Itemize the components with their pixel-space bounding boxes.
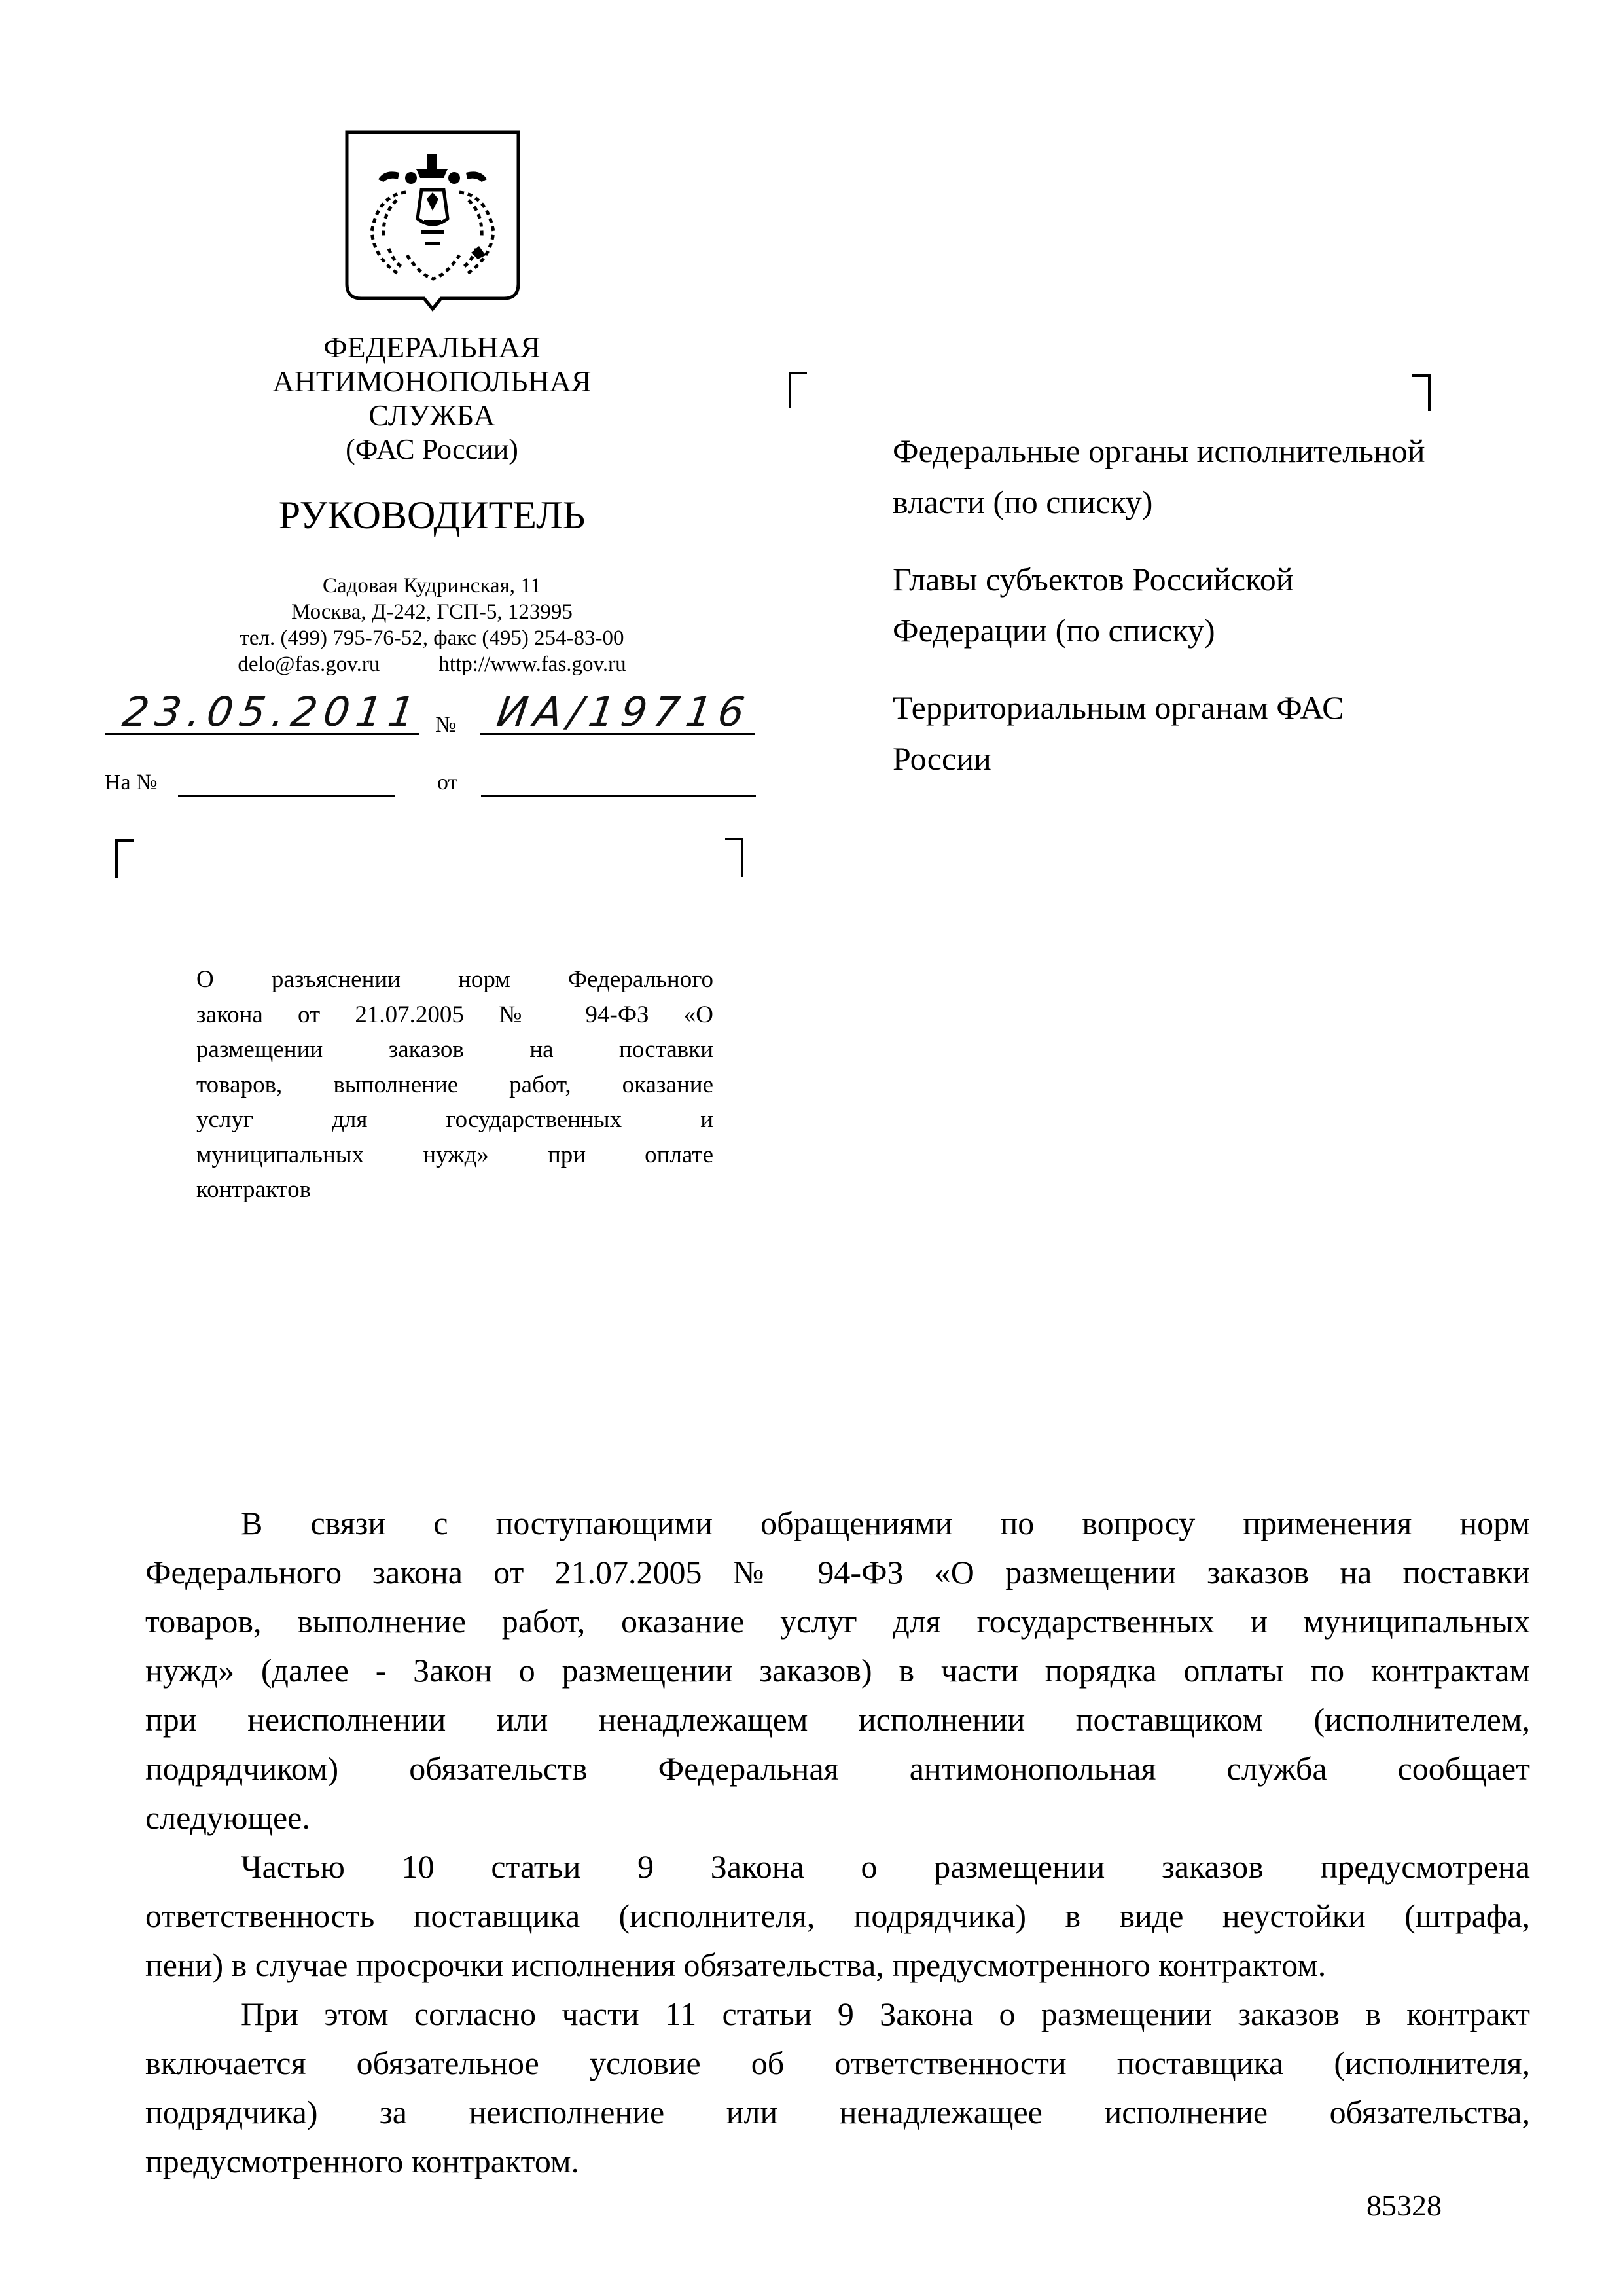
letter-subject: О разъяснении норм Федерального закона о… <box>196 962 713 1208</box>
paragraph-2: Частью 10 статьи 9 Закона о размещении з… <box>145 1842 1530 1990</box>
from-label: от <box>437 770 457 796</box>
subject-line: контрактов <box>196 1172 713 1208</box>
recipient-line: Федеральные органы исполнительной <box>893 425 1547 476</box>
body-line: товаров, выполнение работ, оказание услу… <box>145 1597 1530 1646</box>
recipient-line: Федерации (по списку) <box>893 605 1547 656</box>
subject-line: размещении заказов на поставки <box>196 1032 713 1067</box>
recipient-federal-bodies: Федеральные органы исполнительной власти… <box>893 425 1547 528</box>
subject-bracket-right <box>725 838 743 877</box>
contact-row: delo@fas.gov.ru http://www.fas.gov.ru <box>157 651 707 677</box>
org-line-1: ФЕДЕРАЛЬНАЯ <box>196 331 668 365</box>
number-label: № <box>435 712 456 738</box>
subject-line: муниципальных нужд» при оплате <box>196 1138 713 1173</box>
recipient-region-heads: Главы субъектов Российской Федерации (по… <box>893 554 1547 656</box>
page-code: 85328 <box>1366 2189 1442 2222</box>
body-line: ответственность поставщика (исполнителя,… <box>145 1892 1530 1941</box>
reply-to-field[interactable] <box>178 755 395 797</box>
recipient-line: Главы субъектов Российской <box>893 554 1547 605</box>
street-address: Садовая Кудринская, 11 <box>157 573 707 599</box>
recipient-line: России <box>893 733 1547 784</box>
body-line: Федерального закона от 21.07.2005 № 94-Ф… <box>145 1548 1530 1597</box>
subject-line: закона от 21.07.2005 № 94-ФЗ «О <box>196 997 713 1033</box>
subject-line: услуг для государственных и <box>196 1102 713 1138</box>
paragraph-1: В связи с поступающими обращениями по во… <box>145 1499 1530 1842</box>
registration-date: 23.05.2011 <box>120 692 423 732</box>
recipient-line: власти (по списку) <box>893 476 1547 528</box>
signatory-role: РУКОВОДИТЕЛЬ <box>196 492 668 538</box>
phone-fax: тел. (499) 795-76-52, факс (495) 254-83-… <box>157 625 707 651</box>
website-link[interactable]: http://www.fas.gov.ru <box>438 651 626 677</box>
organization-name: ФЕДЕРАЛЬНАЯ АНТИМОНОПОЛЬНАЯ СЛУЖБА (ФАС … <box>196 331 668 467</box>
body-line: В связи с поступающими обращениями по во… <box>145 1499 1530 1548</box>
body-line: следующее. <box>145 1793 1530 1842</box>
recipients-block: Федеральные органы исполнительной власти… <box>893 425 1547 810</box>
body-line: подрядчика) за неисполнение или ненадлеж… <box>145 2088 1530 2137</box>
reply-to-label: На № <box>105 770 158 796</box>
recipient-line: Территориальным органам ФАС <box>893 682 1547 733</box>
body-line: предусмотренного контрактом. <box>145 2137 1530 2186</box>
subject-bracket-left <box>115 839 134 878</box>
registration-number: ИА/19716 <box>495 692 753 732</box>
body-line: при неисполнении или ненадлежащем исполн… <box>145 1695 1530 1744</box>
subject-line: товаров, выполнение работ, оказание <box>196 1067 713 1103</box>
address-block: Садовая Кудринская, 11 Москва, Д-242, ГС… <box>157 573 707 677</box>
body-line: нужд» (далее - Закон о размещении заказо… <box>145 1646 1530 1695</box>
body-line: подрядчиком) обязательств Федеральная ан… <box>145 1744 1530 1793</box>
body-line: При этом согласно части 11 статьи 9 Зако… <box>145 1990 1530 2039</box>
org-line-3: СЛУЖБА <box>196 399 668 433</box>
paragraph-3: При этом согласно части 11 статьи 9 Зако… <box>145 1990 1530 2186</box>
letter-page: ФЕДЕРАЛЬНАЯ АНТИМОНОПОЛЬНАЯ СЛУЖБА (ФАС … <box>0 0 1623 2296</box>
city-address: Москва, Д-242, ГСП-5, 123995 <box>157 599 707 625</box>
body-line: пени) в случае просрочки исполнения обяз… <box>145 1941 1530 1990</box>
letter-body: В связи с поступающими обращениями по во… <box>145 1499 1530 2186</box>
email-link[interactable]: delo@fas.gov.ru <box>238 651 380 677</box>
org-line-2: АНТИМОНОПОЛЬНАЯ <box>196 365 668 399</box>
registration-row: 23.05.2011 № ИА/19716 <box>105 681 759 746</box>
coat-of-arms-icon <box>343 127 522 314</box>
reply-to-row: На № от <box>105 753 759 818</box>
recipient-territorial-bodies: Территориальным органам ФАС России <box>893 682 1547 784</box>
body-line: Частью 10 статьи 9 Закона о размещении з… <box>145 1842 1530 1892</box>
body-line: включается обязательное условие об ответ… <box>145 2039 1530 2088</box>
from-field[interactable] <box>481 755 756 797</box>
org-abbreviation: (ФАС России) <box>196 433 668 467</box>
recipient-bracket-left <box>789 372 807 408</box>
recipient-bracket-right <box>1412 374 1431 411</box>
subject-line: О разъяснении норм Федерального <box>196 962 713 997</box>
